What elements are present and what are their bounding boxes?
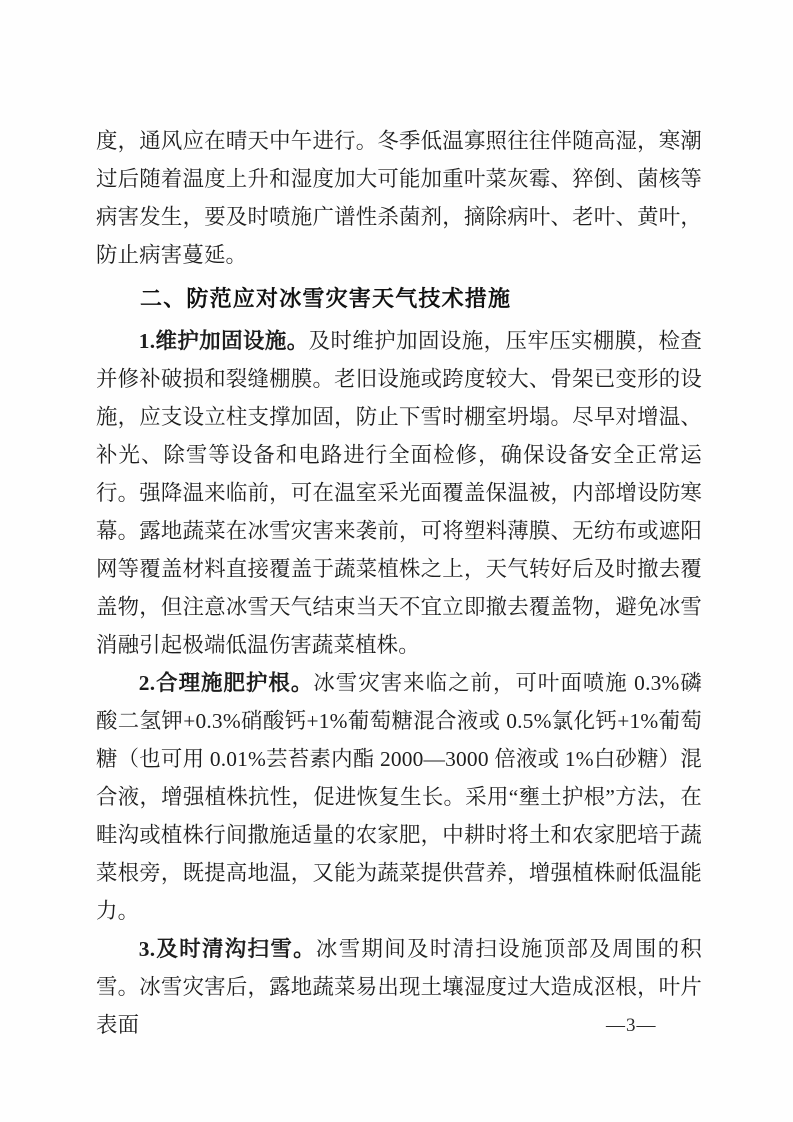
paragraph-item-3-lead: 3.及时清沟扫雪。 xyxy=(139,937,316,961)
paragraph-item-1-text: 及时维护加固设施，压牢压实棚膜，检查并修补破损和裂缝棚膜。老旧设施或跨度较大、骨… xyxy=(96,329,702,657)
section-heading: 二、防范应对冰雪灾害天气技术措施 xyxy=(96,274,702,322)
paragraph-item-1-lead: 1.维护加固设施。 xyxy=(139,329,309,353)
page-number: —3— xyxy=(606,1014,657,1038)
paragraph-item-2-lead: 2.合理施肥护根。 xyxy=(139,671,314,695)
paragraph-intro-continuation: 度，通风应在晴天中午进行。冬季低温寡照往往伴随高湿，寒潮过后随着温度上升和湿度加… xyxy=(96,122,702,274)
document-body: 度，通风应在晴天中午进行。冬季低温寡照往往伴随高湿，寒潮过后随着温度上升和湿度加… xyxy=(96,122,702,1044)
paragraph-item-2: 2.合理施肥护根。冰雪灾害来临之前，可叶面喷施 0.3%磷酸二氢钾+0.3%硝酸… xyxy=(96,664,702,930)
paragraph-item-1: 1.维护加固设施。及时维护加固设施，压牢压实棚膜，检查并修补破损和裂缝棚膜。老旧… xyxy=(96,322,702,664)
paragraph-item-2-text: 冰雪灾害来临之前，可叶面喷施 0.3%磷酸二氢钾+0.3%硝酸钙+1%葡萄糖混合… xyxy=(96,671,702,923)
document-page: 度，通风应在晴天中午进行。冬季低温寡照往往伴随高湿，寒潮过后随着温度上升和湿度加… xyxy=(0,0,793,1122)
